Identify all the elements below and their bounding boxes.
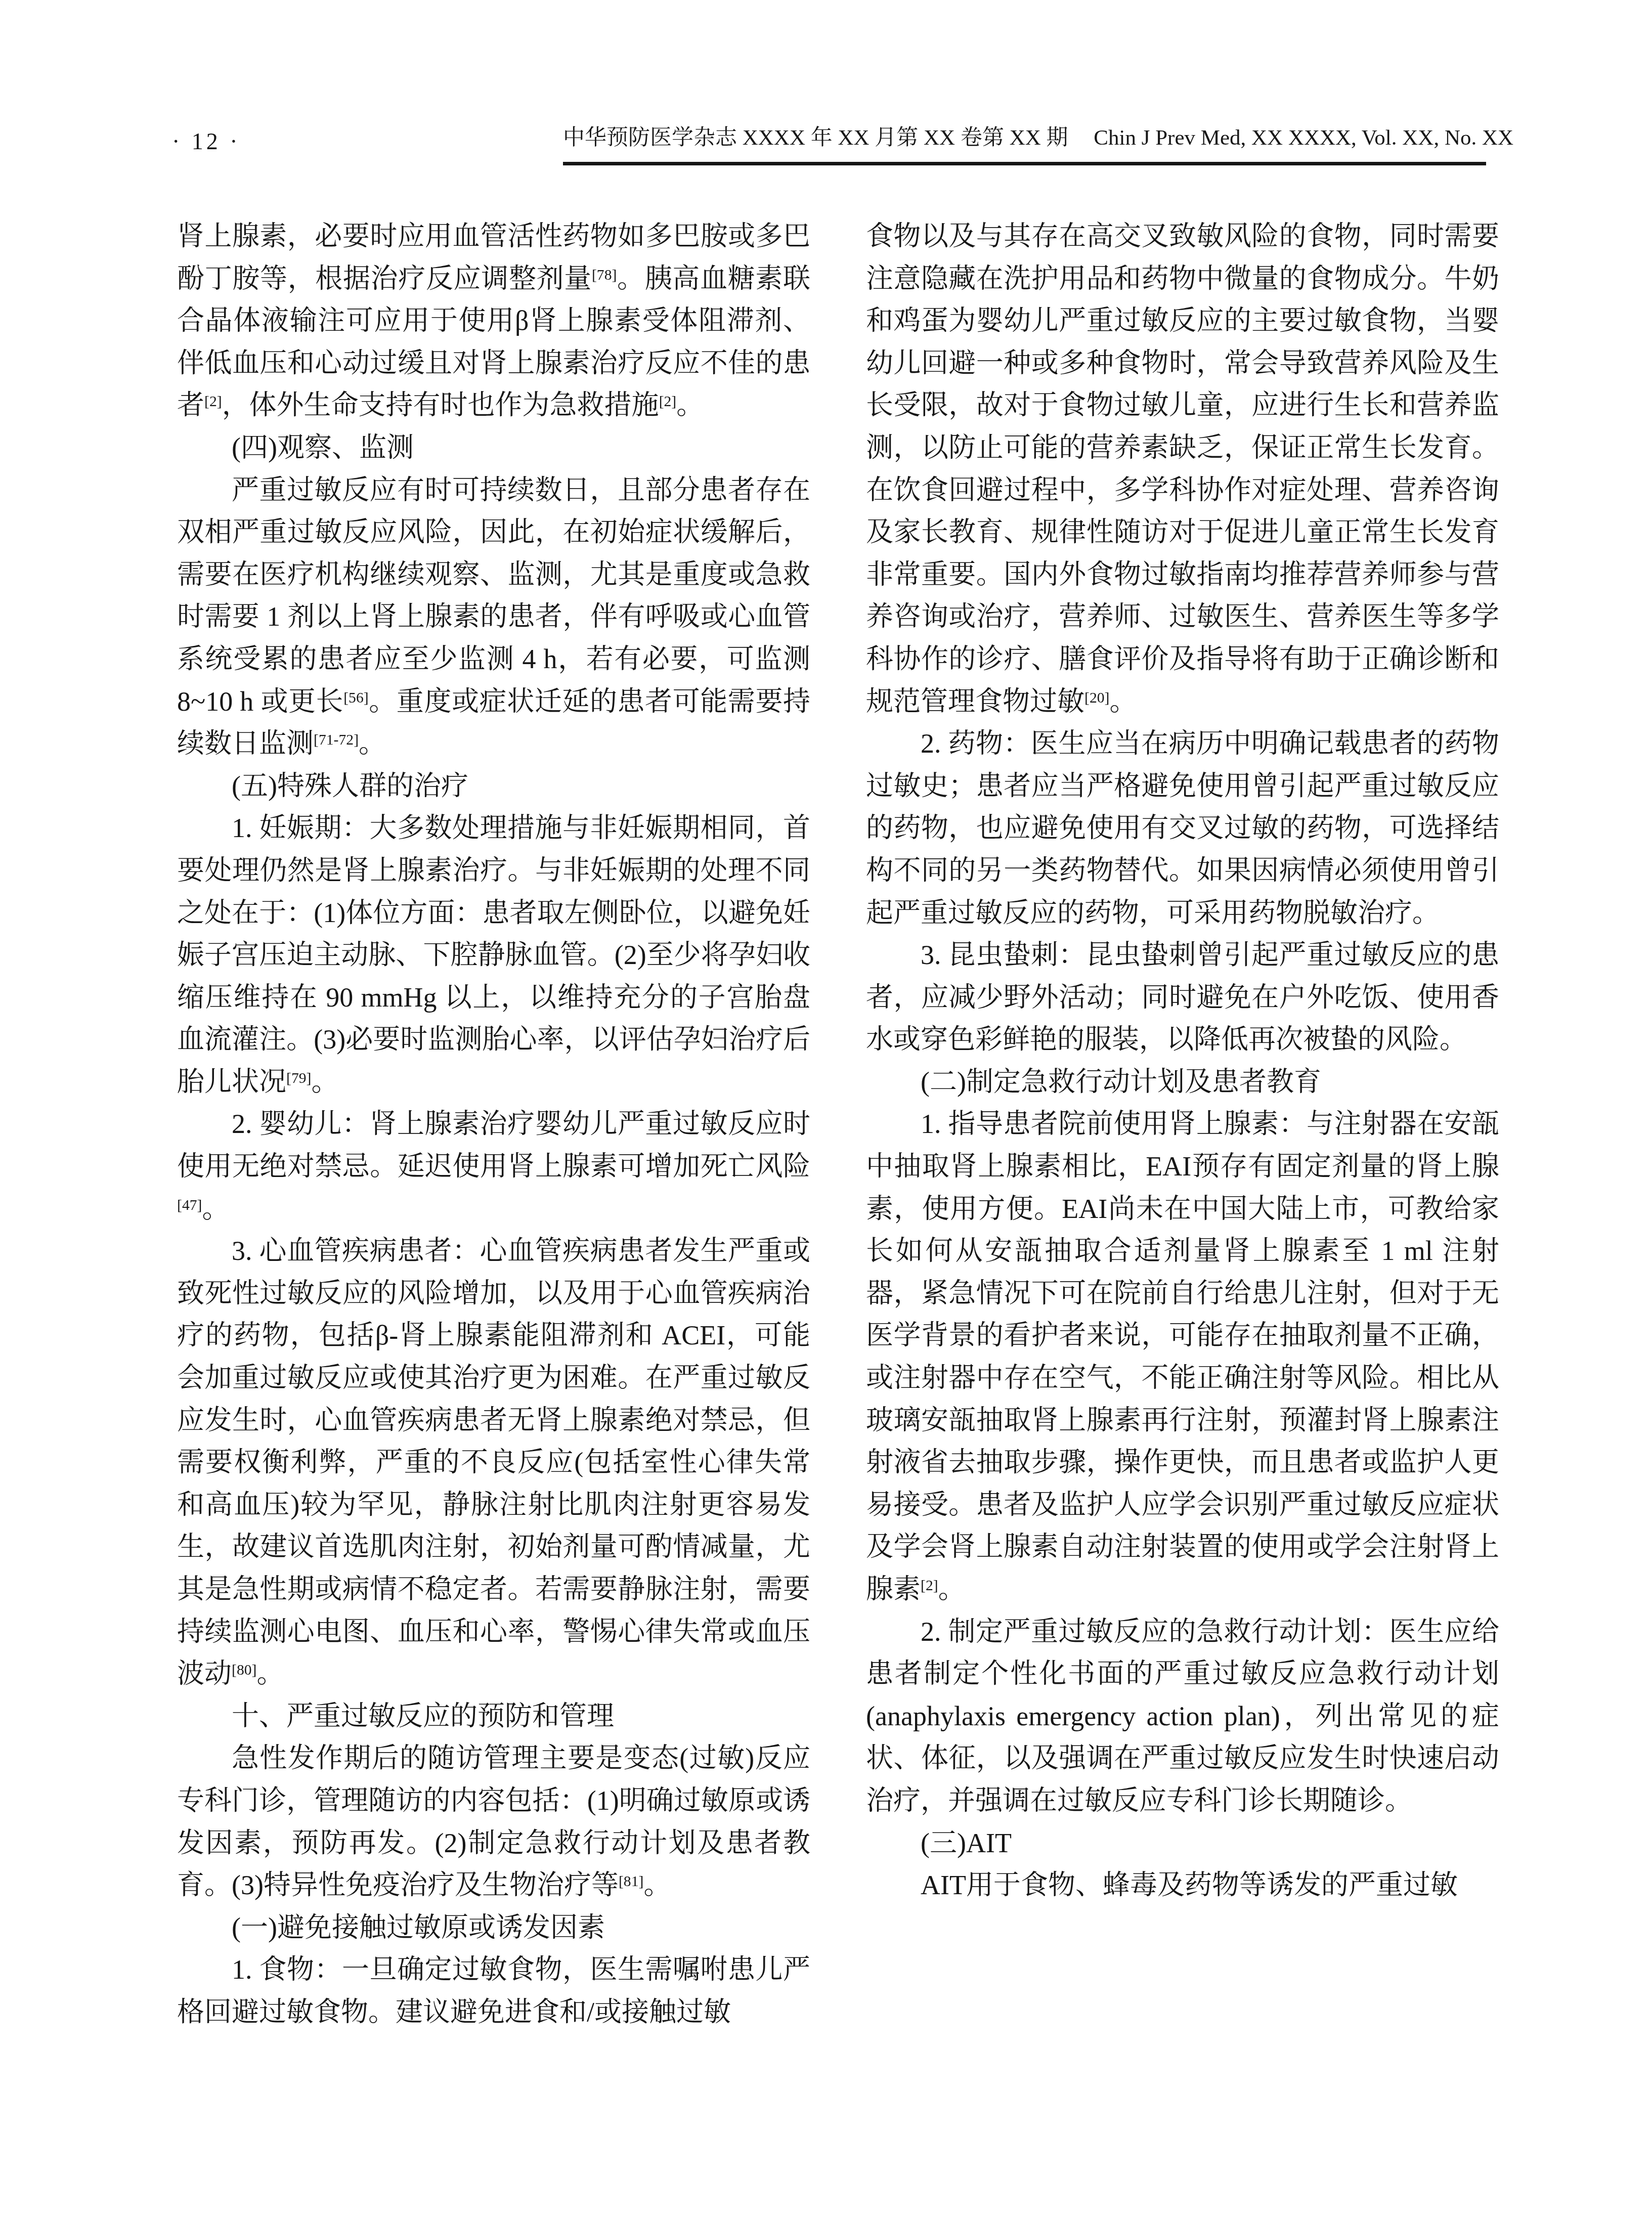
continued-paragraph: 食物以及与其存在高交叉致敏风险的食物，同时需要注意隐藏在洗护用品和药物中微量的食…: [866, 215, 1499, 723]
journal-page: · 12 · 中华预防医学杂志 XXXX 年 XX 月第 XX 卷第 XX 期 …: [0, 0, 1652, 2225]
reference-superscript: [2]: [659, 394, 677, 410]
text-run: 。: [256, 1659, 284, 1689]
text-run: 1. 妊娠期：大多数处理措施与非妊娠期相同，首要处理仍然是肾上腺素治疗。与非妊娠…: [177, 813, 810, 1097]
subsection-heading: (五)特殊人群的治疗: [177, 765, 810, 808]
paragraph: 1. 指导患者院前使用肾上腺素：与注射器在安瓿中抽取肾上腺素相比，EAI预存有固…: [866, 1103, 1499, 1610]
reference-superscript: [47]: [177, 1197, 202, 1213]
text-run: 3. 昆虫蛰刺：昆虫蛰刺曾引起严重过敏反应的患者，应减少野外活动；同时避免在户外…: [866, 940, 1499, 1055]
left-column: 肾上腺素，必要时应用血管活性药物如多巴胺或多巴酚丁胺等，根据治疗反应调整剂量[7…: [177, 215, 810, 2034]
page-number: · 12 ·: [172, 127, 241, 155]
text-run: 2. 制定严重过敏反应的急救行动计划：医生应给患者制定个性化书面的严重过敏反应急…: [866, 1617, 1499, 1816]
subsection-heading: (三)AIT: [866, 1822, 1499, 1865]
text-run: 。: [643, 1870, 671, 1900]
text-run: (四)观察、监测: [232, 432, 414, 463]
text-run: ，体外生命支持有时也作为急救措施: [222, 390, 659, 420]
text-run: 。: [1109, 686, 1137, 717]
paragraph: 急性发作期后的随访管理主要是变态(过敏)反应专科门诊，管理随访的内容包括：(1)…: [177, 1737, 810, 1906]
header-rule: [563, 162, 1486, 165]
text-run: 食物以及与其存在高交叉致敏风险的食物，同时需要注意隐藏在洗护用品和药物中微量的食…: [866, 221, 1499, 717]
text-run: 。: [359, 728, 386, 759]
paragraph: 2. 制定严重过敏反应的急救行动计划：医生应给患者制定个性化书面的严重过敏反应急…: [866, 1611, 1499, 1822]
reference-superscript: [78]: [592, 267, 617, 283]
reference-superscript: [20]: [1084, 689, 1109, 706]
subsection-heading: (四)观察、监测: [177, 427, 810, 469]
text-run: (三)AIT: [921, 1828, 1012, 1858]
text-run: 。: [676, 390, 704, 420]
text-run: (一)避免接触过敏原或诱发因素: [232, 1912, 605, 1943]
text-run: 。: [202, 1194, 229, 1224]
text-run: 。: [311, 1067, 338, 1097]
text-run: 3. 心血管疾病患者：心血管疾病患者发生严重或致死性过敏反应的风险增加，以及用于…: [177, 1236, 810, 1689]
reference-superscript: [79]: [286, 1070, 311, 1086]
reference-superscript: [2]: [204, 394, 222, 410]
paragraph: 3. 心血管疾病患者：心血管疾病患者发生严重或致死性过敏反应的风险增加，以及用于…: [177, 1230, 810, 1695]
paragraph: 2. 药物：医生应当在病历中明确记载患者的药物过敏史；患者应当严格避免使用曾引起…: [866, 723, 1499, 934]
journal-title-chinese: 中华预防医学杂志 XXXX 年 XX 月第 XX 卷第 XX 期: [563, 126, 1068, 150]
continued-paragraph: 肾上腺素，必要时应用血管活性药物如多巴胺或多巴酚丁胺等，根据治疗反应调整剂量[7…: [177, 215, 810, 427]
text-run: 。: [938, 1574, 966, 1604]
paragraph: 1. 食物：一旦确定过敏食物，医生需嘱咐患儿严格回避过敏食物。建议避免进食和/或…: [177, 1949, 810, 2033]
text-run: 2. 药物：医生应当在病历中明确记载患者的药物过敏史；患者应当严格避免使用曾引起…: [866, 728, 1499, 928]
text-run: AIT用于食物、蜂毒及药物等诱发的严重过敏: [921, 1870, 1458, 1900]
paragraph: 1. 妊娠期：大多数处理措施与非妊娠期相同，首要处理仍然是肾上腺素治疗。与非妊娠…: [177, 807, 810, 1103]
text-run: 1. 食物：一旦确定过敏食物，医生需嘱咐患儿严格回避过敏食物。建议避免进食和/或…: [177, 1954, 810, 2027]
text-run: (五)特殊人群的治疗: [232, 771, 468, 801]
section-heading: 十、严重过敏反应的预防和管理: [177, 1695, 810, 1738]
text-run: 1. 指导患者院前使用肾上腺素：与注射器在安瓿中抽取肾上腺素相比，EAI预存有固…: [866, 1109, 1499, 1604]
reference-superscript: [81]: [619, 1873, 643, 1890]
paragraph: 2. 婴幼儿：肾上腺素治疗婴幼儿严重过敏反应时使用无绝对禁忌。延迟使用肾上腺素可…: [177, 1103, 810, 1230]
subsection-heading: (一)避免接触过敏原或诱发因素: [177, 1907, 810, 1949]
paragraph: 严重过敏反应有时可持续数日，且部分患者存在双相严重过敏反应风险，因此，在初始症状…: [177, 469, 810, 765]
right-column: 食物以及与其存在高交叉致敏风险的食物，同时需要注意隐藏在洗护用品和药物中微量的食…: [866, 215, 1499, 1907]
text-run: 急性发作期后的随访管理主要是变态(过敏)反应专科门诊，管理随访的内容包括：(1)…: [177, 1743, 810, 1900]
paragraph: 3. 昆虫蛰刺：昆虫蛰刺曾引起严重过敏反应的患者，应减少野外活动；同时避免在户外…: [866, 934, 1499, 1061]
reference-superscript: [71-72]: [314, 732, 359, 748]
reference-superscript: [2]: [921, 1578, 938, 1594]
journal-header: 中华预防医学杂志 XXXX 年 XX 月第 XX 卷第 XX 期 Chin J …: [563, 124, 1486, 152]
text-run: (二)制定急救行动计划及患者教育: [921, 1067, 1321, 1097]
reference-superscript: [80]: [232, 1662, 256, 1678]
text-run: 严重过敏反应有时可持续数日，且部分患者存在双相严重过敏反应风险，因此，在初始症状…: [177, 475, 810, 717]
journal-title-english: Chin J Prev Med, XX XXXX, Vol. XX, No. X…: [1094, 126, 1513, 150]
paragraph: AIT用于食物、蜂毒及药物等诱发的严重过敏: [866, 1864, 1499, 1907]
subsection-heading: (二)制定急救行动计划及患者教育: [866, 1061, 1499, 1104]
text-run: 2. 婴幼儿：肾上腺素治疗婴幼儿严重过敏反应时使用无绝对禁忌。延迟使用肾上腺素可…: [177, 1109, 810, 1182]
text-run: 十、严重过敏反应的预防和管理: [232, 1701, 614, 1731]
reference-superscript: [56]: [343, 689, 368, 706]
